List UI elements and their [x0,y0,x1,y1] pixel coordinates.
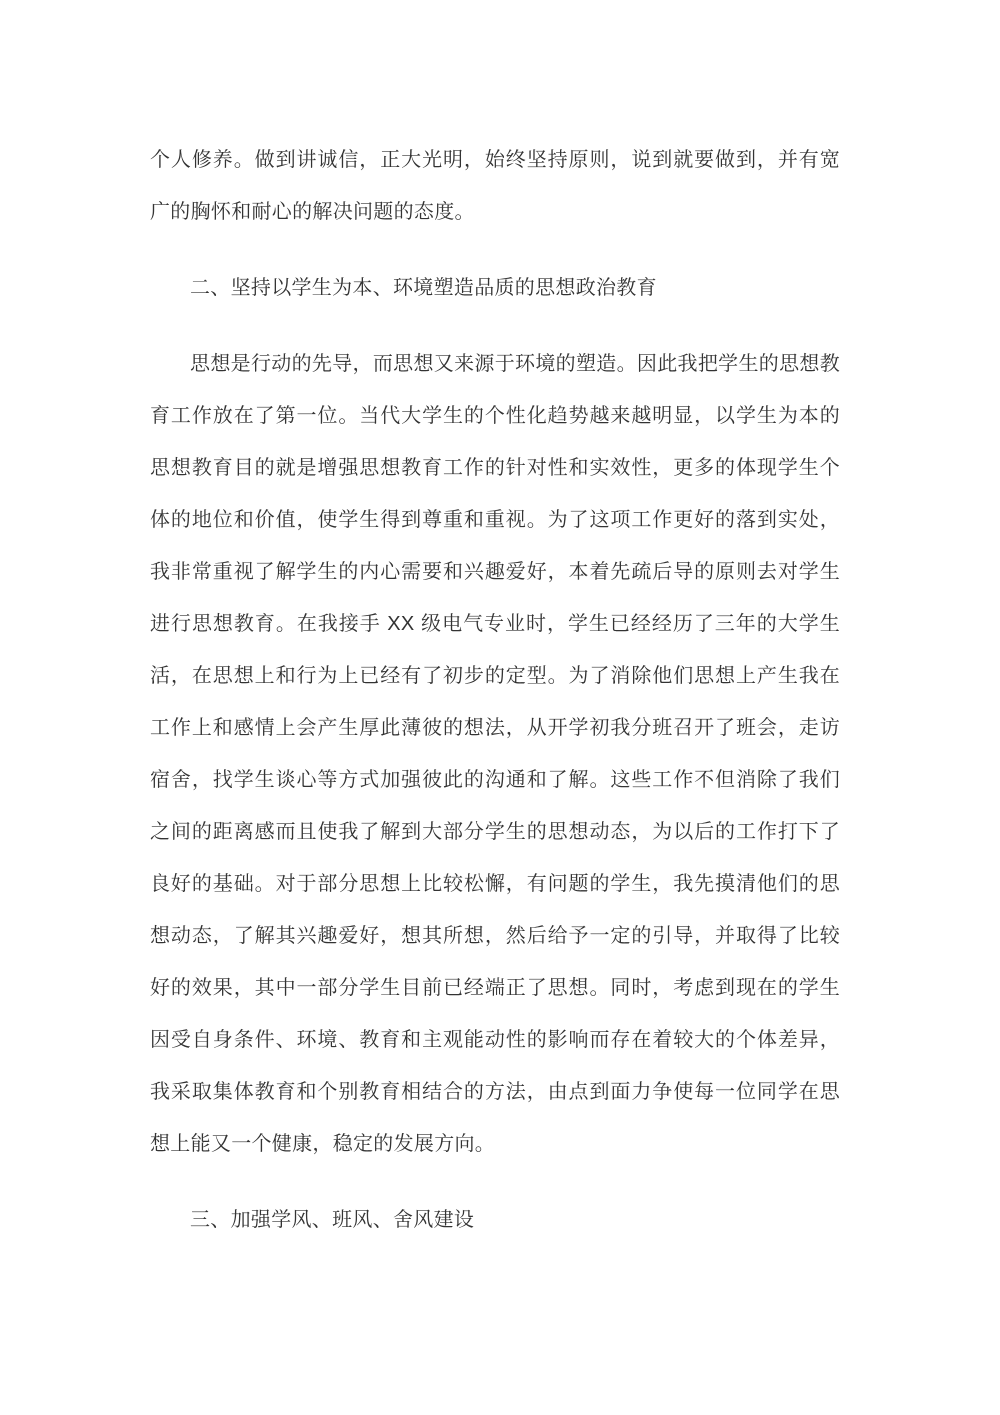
paragraph-continuation: 个人修养。做到讲诚信，正大光明，始终坚持原则，说到就要做到，并有宽广的胸怀和耐心… [150,134,840,238]
body-paragraph-ideological-education: 思想是行动的先导，而思想又来源于环境的塑造。因此我把学生的思想教育工作放在了第一… [150,338,840,1170]
document-page: 个人修养。做到讲诚信，正大光明，始终坚持原则，说到就要做到，并有宽广的胸怀和耐心… [0,0,1000,1415]
section-heading-3: 三、加强学风、班风、舍风建设 [150,1194,840,1246]
section-heading-2: 二、坚持以学生为本、环境塑造品质的思想政治教育 [150,262,840,314]
document-text-block: 个人修养。做到讲诚信，正大光明，始终坚持原则，说到就要做到，并有宽广的胸怀和耐心… [150,134,840,1246]
